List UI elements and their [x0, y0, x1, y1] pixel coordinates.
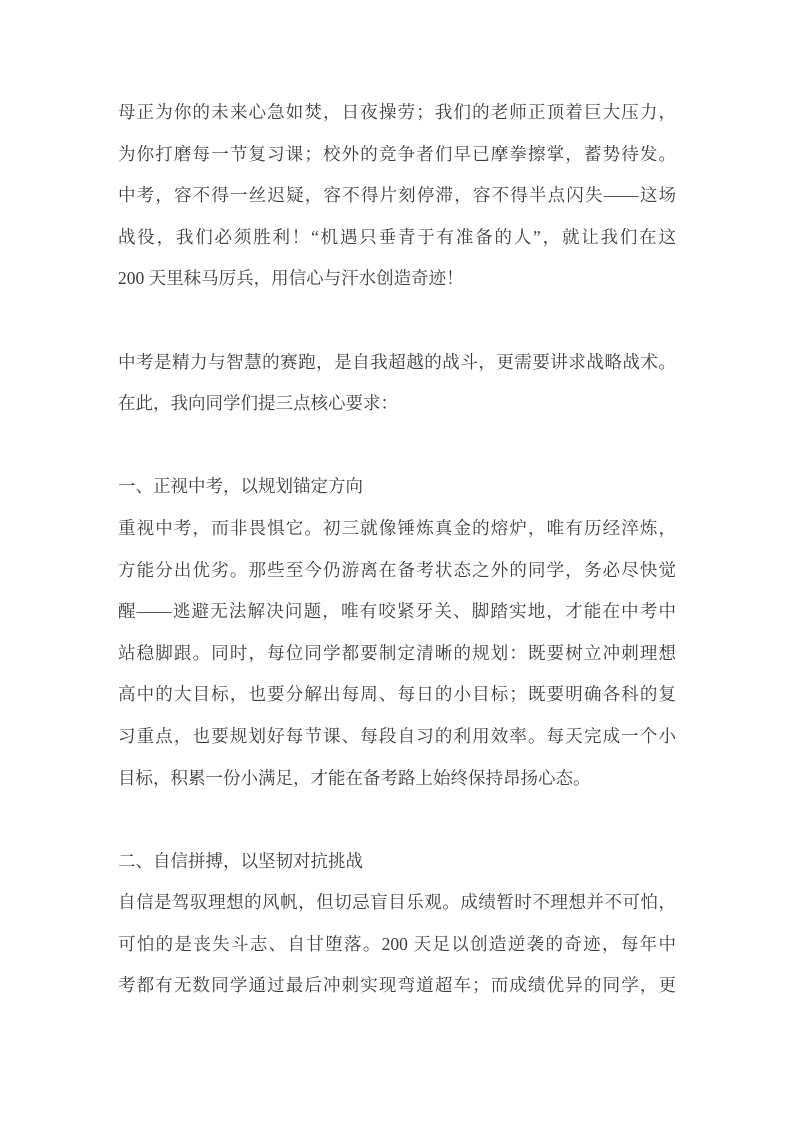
text-line: 考都有无数同学通过最后冲刺实现弯道超车；而成绩优异的同学，更: [118, 965, 676, 1007]
text-line: 自信是驾驭理想的风帆，但切忌盲目乐观。成绩暂时不理想并不可怕，: [118, 882, 676, 924]
text-line: 可怕的是丧失斗志、自甘堕落。200 天足以创造逆袭的奇迹，每年中: [118, 924, 676, 966]
document-page: 母正为你的未来心急如焚，日夜操劳；我们的老师正顶着巨大压力，为你打磨每一节复习课…: [0, 0, 793, 1122]
text-line: 在此，我向同学们提三点核心要求：: [118, 383, 676, 425]
text-line: 习重点，也要规划好每节课、每段自习的利用效率。每天完成一个小: [118, 716, 676, 758]
heading-1: 一、正视中考，以规划锚定方向: [118, 466, 676, 508]
text-line: 高中的大目标，也要分解出每周、每日的小目标；既要明确各科的复: [118, 674, 676, 716]
heading-line: 二、自信拼搏，以坚韧对抗挑战: [118, 841, 676, 883]
heading-2: 二、自信拼搏，以坚韧对抗挑战: [118, 841, 676, 883]
text-line: 重视中考，而非畏惧它。初三就像锤炼真金的熔炉，唯有历经淬炼，: [118, 508, 676, 550]
paragraph-2: 中考是精力与智慧的赛跑，是自我超越的战斗，更需要讲求战略战术。在此，我向同学们提…: [118, 342, 676, 425]
text-line: 醒——逃避无法解决问题，唯有咬紧牙关、脚踏实地，才能在中考中: [118, 591, 676, 633]
text-line: 战役，我们必须胜利！“机遇只垂青于有准备的人”，就让我们在这: [118, 217, 676, 259]
paragraph-1: 母正为你的未来心急如焚，日夜操劳；我们的老师正顶着巨大压力，为你打磨每一节复习课…: [118, 92, 676, 300]
text-line: 200 天里秣马厉兵，用信心与汗水创造奇迹！: [118, 258, 676, 300]
text-line: 站稳脚跟。同时，每位同学都要制定清晰的规划：既要树立冲刺理想: [118, 633, 676, 675]
heading-line: 一、正视中考，以规划锚定方向: [118, 466, 676, 508]
text-line: 中考是精力与智慧的赛跑，是自我超越的战斗，更需要讲求战略战术。: [118, 342, 676, 384]
text-line: 目标，积累一份小满足，才能在备考路上始终保持昂扬心态。: [118, 758, 676, 800]
text-line: 方能分出优劣。那些至今仍游离在备考状态之外的同学，务必尽快觉: [118, 550, 676, 592]
paragraph-3: 重视中考，而非畏惧它。初三就像锤炼真金的熔炉，唯有历经淬炼，方能分出优劣。那些至…: [118, 508, 676, 799]
text-line: 为你打磨每一节复习课；校外的竞争者们早已摩拳擦掌，蓄势待发。: [118, 134, 676, 176]
document-content: 母正为你的未来心急如焚，日夜操劳；我们的老师正顶着巨大压力，为你打磨每一节复习课…: [118, 92, 676, 1007]
text-line: 中考，容不得一丝迟疑，容不得片刻停滞，容不得半点闪失——这场: [118, 175, 676, 217]
text-line: 母正为你的未来心急如焚，日夜操劳；我们的老师正顶着巨大压力，: [118, 92, 676, 134]
paragraph-4: 自信是驾驭理想的风帆，但切忌盲目乐观。成绩暂时不理想并不可怕，可怕的是丧失斗志、…: [118, 882, 676, 1007]
